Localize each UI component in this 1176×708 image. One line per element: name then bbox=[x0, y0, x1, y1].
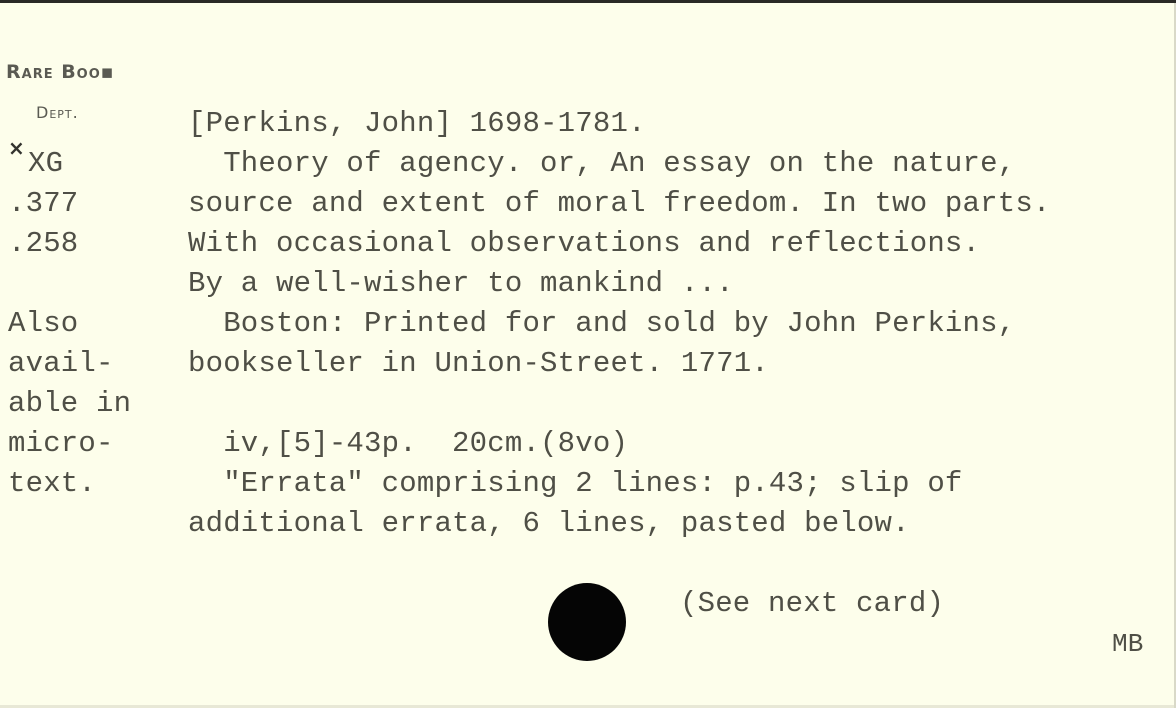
availability-note-line-5: text. bbox=[8, 469, 96, 498]
punch-hole bbox=[548, 583, 626, 661]
availability-note-line-2: avail- bbox=[8, 349, 114, 378]
call-number-mark-icon: × bbox=[8, 136, 25, 160]
availability-note-line-3: able in bbox=[8, 389, 131, 418]
availability-note-line-4: micro- bbox=[8, 429, 114, 458]
library-symbol: MB bbox=[1112, 631, 1144, 657]
call-number-line-1: XG bbox=[28, 149, 63, 178]
title-line-4: By a well-wisher to mankind ... bbox=[188, 269, 734, 298]
notes-line-1: "Errata" comprising 2 lines: p.43; slip … bbox=[188, 469, 963, 498]
catalog-card: Rare Boo▪ Dept. × XG .377 .258 Also avai… bbox=[0, 0, 1176, 708]
title-line-2: source and extent of moral freedom. In t… bbox=[188, 189, 1051, 218]
location-stamp-line2: Dept. bbox=[36, 103, 79, 122]
collation: iv,[5]-43p. 20cm.(8vo) bbox=[188, 429, 628, 458]
call-number-line-2: .377 bbox=[8, 189, 78, 218]
notes-line-2: additional errata, 6 lines, pasted below… bbox=[188, 509, 910, 538]
location-stamp-line1: Rare Boo▪ bbox=[6, 61, 115, 83]
title-line-3: With occasional observations and reflect… bbox=[188, 229, 980, 258]
title-line-1: Theory of agency. or, An essay on the na… bbox=[188, 149, 1015, 178]
imprint-line-1: Boston: Printed for and sold by John Per… bbox=[188, 309, 1015, 338]
main-heading: [Perkins, John] 1698-1781. bbox=[188, 109, 646, 138]
continuation-note: (See next card) bbox=[680, 589, 944, 618]
imprint-line-2: bookseller in Union-Street. 1771. bbox=[188, 349, 769, 378]
availability-note-line-1: Also bbox=[8, 309, 78, 338]
call-number-line-3: .258 bbox=[8, 229, 78, 258]
